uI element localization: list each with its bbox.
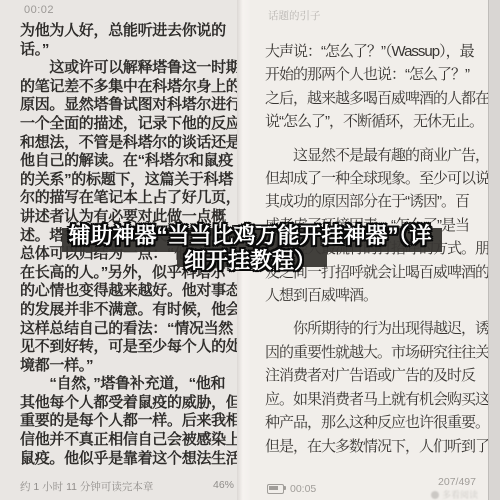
text-line: 原因。显然塔鲁试图对科塔尔进行 — [20, 96, 238, 115]
text-line: 你所期待的行为出现得越迟，诱 — [265, 317, 480, 340]
text-line: 人想到百威啤酒。 — [265, 284, 480, 307]
chapter-time-remaining: 约 1 小时 11 分钟可读完本章 — [20, 479, 153, 494]
banner-text-line2: 细开挂教程） — [0, 248, 500, 274]
text-line: 一个全面的描述，记录下他的反应 — [20, 115, 238, 134]
text-line: 其成功的原因部分在于“诱因”。百 — [265, 190, 480, 213]
status-row: 00:05 — [267, 483, 316, 495]
app-watermark: 多看阅读 — [431, 488, 478, 500]
paragraph-gap — [265, 307, 480, 317]
text-line: 的关系”的标题下，这篇关于科塔 — [20, 171, 238, 190]
text-line: 的发展并非不满意。有时候，他会 — [20, 301, 238, 320]
text-line: 的心情也变得越来越好。他对事态 — [20, 282, 238, 301]
battery-icon — [267, 484, 284, 494]
text-line: 的笔记差不多集中在科塔尔身上的 — [20, 78, 238, 97]
text-line: 这样总结自己的看法：“情况当然 — [20, 320, 238, 339]
banner-text-line1: 辅助神器“当当比鸡万能开挂神器”（详 — [0, 223, 500, 249]
text-line: 这或许可以解释塔鲁这一时期 — [20, 59, 238, 78]
text-line: 重要的是每个人都一样。后来我相 — [20, 412, 238, 431]
text-line: 话。” — [20, 41, 238, 60]
ad-overlay-banner[interactable]: 辅助神器“当当比鸡万能开挂神器”（详 细开挂教程） — [0, 226, 500, 272]
text-line: 境都一样。” — [20, 357, 238, 376]
text-line: 但是，在大多数情况下，人们听到了 — [265, 435, 480, 458]
watermark-label: 多看阅读 — [442, 488, 478, 500]
text-line: 其他每个人都受着鼠疫的威胁，但 — [20, 394, 238, 413]
text-line: “自然，”塔鲁补充道，“他和 — [20, 375, 238, 394]
text-line: 之后，越来越多喝百威啤酒的人都在 — [265, 87, 480, 110]
text-line: 为他为人好，总能听进去你说的 — [20, 22, 238, 41]
text-line: 应。如果消费者马上就有机会购买这 — [265, 388, 480, 411]
text-line: 因的重要性就越大。市场研究往往关 — [265, 341, 480, 364]
page-number-indicator: 207/497 — [438, 476, 476, 488]
text-line: 和想法，不管是科塔尔的谈话还是 — [20, 134, 238, 153]
status-clock: 00:05 — [290, 483, 316, 495]
text-line: 大声说：“怎么了？”（Wassup），最 — [265, 40, 480, 63]
text-line: 鼠疫。他似乎是靠着这个想法生活 — [20, 450, 238, 469]
text-line: 信他并不真正相信自己会被感染上 — [20, 431, 238, 450]
chapter-title: 话题的引子 — [268, 8, 321, 23]
text-line: 开始的那两个人也说：“怎么了？” — [265, 63, 480, 86]
reading-progress-percent: 46% — [198, 479, 234, 491]
text-line: 说“怎么了”，不断循环，无休无止。 — [265, 110, 480, 133]
reader-screen: 00:02 为他为人好，总能听进去你说的话。” 这或许可以解释塔鲁这一时期的笔记… — [0, 0, 500, 500]
text-line: 这显然不是最有趣的商业广告， — [265, 144, 480, 167]
recording-timestamp: 00:02 — [24, 4, 54, 16]
watermark-logo-icon — [431, 491, 439, 499]
text-line: 他自己的解读。在“科塔尔和鼠疫 — [20, 152, 238, 171]
paragraph-gap — [265, 134, 480, 144]
text-line: 但却成了一种全球现象。至少可以说， — [265, 167, 480, 190]
text-line: 种产品，那么这种反应也许很重要。 — [265, 411, 480, 434]
text-line: 注消费者对广告语或广告的及时反 — [265, 364, 480, 387]
text-line: 尔的描写在笔记本上占了好几页， — [20, 189, 238, 208]
text-line: 见不到好转，可是至少每个人的处 — [20, 338, 238, 357]
